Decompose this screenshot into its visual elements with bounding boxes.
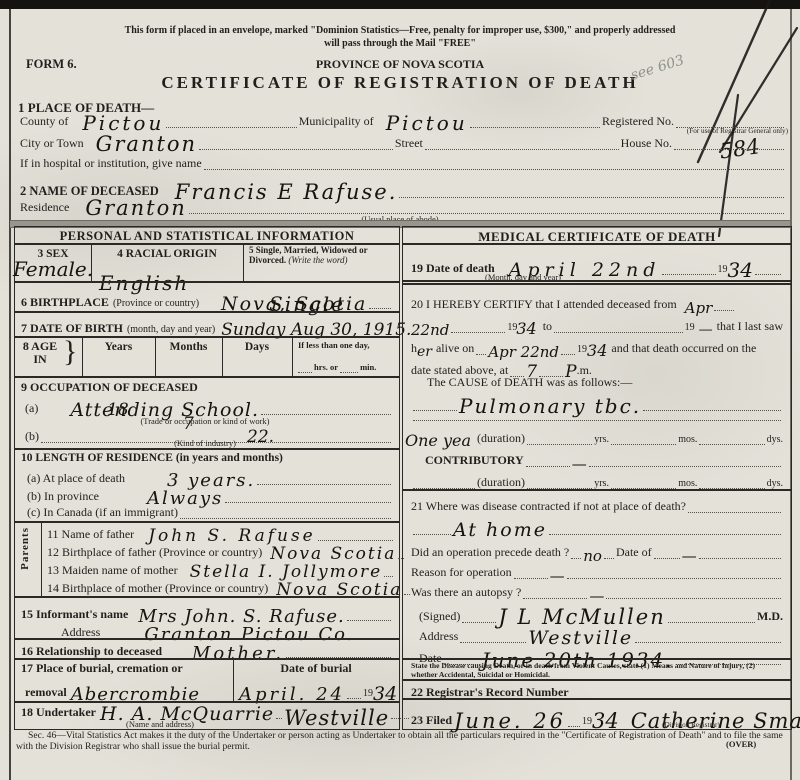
residence-value: Granton [85, 200, 186, 217]
death-certificate-scan: This form if placed in an envelope, mark… [0, 0, 800, 780]
occupation-a-label: (a) [25, 402, 38, 415]
dotted-leader [470, 124, 600, 128]
dotted-leader [425, 146, 619, 150]
residence-row: Residence Granton [20, 194, 786, 214]
undertaker-row: 18 Undertaker H. A. McQuarrie Westville [21, 697, 393, 719]
medical-panel: MEDICAL CERTIFICATE OF DEATH 19 Date of … [402, 226, 792, 730]
residence-a-label: (a) At place of death [27, 472, 125, 485]
mail-banner-line1: This form if placed in an envelope, mark… [60, 25, 740, 36]
dotted-leader [755, 271, 781, 275]
scan-top-edge [0, 0, 800, 9]
footer-over-label: (OVER) [726, 739, 756, 749]
footer-statute-text: Sec. 46—Vital Statistics Act makes it th… [16, 731, 788, 753]
province-heading: PROVINCE OF NOVA SCOTIA [200, 57, 600, 72]
dob-row: 7 DATE OF BIRTH (month, day and year) Su… [21, 313, 393, 335]
parents-label: Parents [19, 527, 31, 570]
physician-address-label: Address [419, 630, 458, 643]
dotted-leader [413, 407, 457, 411]
personal-panel: PERSONAL AND STATISTICAL INFORMATION 3 S… [14, 226, 400, 730]
q21-label: 21 Where was disease contracted if not a… [411, 500, 686, 513]
certify-to-label: to [543, 320, 552, 333]
dob-label: 7 DATE OF BIRTH [21, 322, 123, 335]
age-label-line1: 8 AGE [23, 339, 57, 353]
contributory-dash: — [572, 458, 587, 470]
filed-year-value: 34 [592, 713, 619, 730]
rule [15, 448, 399, 450]
rule [403, 280, 791, 282]
street-label: Street [395, 137, 423, 150]
reason-label: Reason for operation [411, 566, 512, 579]
certify-line2-end: that I last saw [717, 320, 783, 333]
age-brace: } [63, 337, 77, 367]
rule [403, 698, 791, 700]
duration-label: (duration) [477, 432, 525, 445]
father-birthplace-label: 12 Birthplace of father (Province or cou… [47, 546, 262, 559]
rule [15, 658, 399, 660]
q21-row: 21 Where was disease contracted if not a… [411, 495, 783, 513]
certify-text-1: 20 I HEREBY CERTIFY that I attended dece… [411, 298, 677, 311]
certify-line1: 20 I HEREBY CERTIFY that I attended dece… [411, 291, 783, 311]
q21-answer-row: At home [411, 513, 783, 535]
dotted-leader [340, 369, 358, 373]
occupation-b-label: (b) [25, 430, 39, 443]
dotted-leader [476, 351, 486, 355]
duration-mos-label: mos. [678, 434, 697, 445]
certify-line3: h er alive on Apr 22nd 19 34 and that de… [411, 335, 783, 355]
filed-year-prefix: 19 [582, 716, 592, 727]
burial-place-label: 17 Place of burial, cremation or [21, 661, 231, 676]
registered-no-label: Registered No. [602, 115, 674, 128]
duration-dys-label: dys. [767, 434, 783, 445]
dob-label-note: (month, day and year) [127, 324, 215, 335]
birthplace-label-note: (Province or country) [113, 298, 199, 309]
rule [15, 281, 399, 283]
cell-divider [292, 336, 293, 376]
burial-date-row: April. 24 19 34 [239, 679, 395, 699]
age-days-label: Days [222, 341, 292, 353]
form-number: FORM 6. [26, 57, 77, 72]
dotted-leader [514, 575, 548, 579]
duration2-mos-label: mos. [678, 478, 697, 489]
dotted-leader [568, 723, 580, 727]
county-label: County of [20, 115, 68, 128]
dotted-leader [261, 411, 391, 415]
certify-line2: 22nd 19 34 to 19 — that I last saw [411, 313, 783, 333]
burial-place-row: removal Abercrombie [25, 679, 229, 699]
age-hours-row: hrs. or min. [296, 359, 396, 373]
cause-value: Pulmonary tbc. [459, 398, 641, 414]
rule [403, 679, 791, 681]
death-year-value: 34 [728, 262, 753, 278]
age-hours-note: If less than one day, [298, 340, 396, 350]
municipality-label: Municipality of [299, 115, 374, 128]
dotted-leader [413, 417, 781, 421]
undertaker-label: 18 Undertaker [21, 706, 96, 719]
duration2-yrs-label: yrs. [594, 478, 609, 489]
informant-row: 15 Informant's name Mrs John. S. Rafuse. [21, 599, 393, 621]
birthplace-label: 6 BIRTHPLACE [21, 296, 109, 309]
dotted-leader [567, 575, 781, 579]
burial-date-label: Date of burial [233, 661, 399, 676]
rule [15, 376, 399, 378]
duration2-row: (duration) yrs. mos. dys. [411, 471, 783, 489]
contributory-label: CONTRIBUTORY [425, 454, 524, 467]
rule [403, 243, 791, 245]
mother-birthplace-row: 14 Birthplace of mother (Province or cou… [47, 577, 395, 595]
occupation-a-row: (a) Attending School. [25, 393, 393, 415]
record-number-label: 22 Registrar's Record Number [411, 686, 569, 699]
violent-causes-note: State the Disease causing Death, or in d… [411, 661, 783, 679]
operation-label: Did an operation precede death ? [411, 546, 569, 559]
dotted-leader [589, 463, 781, 467]
dotted-leader [714, 307, 734, 311]
city-label: City or Town [20, 137, 84, 150]
age-hours-units: hrs. or [314, 363, 338, 373]
rule [403, 283, 791, 285]
dotted-leader [180, 515, 391, 519]
certify-line4: date stated above, at 7 P .m. [411, 357, 783, 377]
duration-value: One yea [405, 435, 471, 448]
dotted-leader [571, 555, 581, 559]
rule [403, 489, 791, 491]
informant-address-row: Address Granton Pictou Co. [61, 619, 393, 639]
age-months-label: Months [155, 341, 222, 353]
city-value: Granton [96, 136, 197, 153]
dotted-leader [662, 271, 715, 275]
dotted-leader [561, 351, 575, 355]
operation-row: Did an operation precede death ? no Date… [411, 539, 783, 559]
mother-name-row: 13 Maiden name of mother Stella I. Jolly… [47, 559, 395, 577]
residence-b-label: (b) In province [27, 490, 99, 503]
operation-date-label: Date of [616, 546, 652, 559]
hospital-row: If in hospital or institution, give name [20, 152, 786, 170]
cause-row: Pulmonary tbc. [411, 387, 783, 411]
residence-label: Residence [20, 201, 69, 214]
q21-value: At home [453, 523, 547, 538]
dotted-leader [554, 329, 683, 333]
father-birthplace-row: 12 Birthplace of father (Province or cou… [47, 541, 395, 559]
racial-origin-label: 4 RACIAL ORIGIN [91, 248, 243, 260]
dotted-leader [611, 441, 676, 445]
scan-left-edge [9, 9, 11, 780]
age-years-label: Years [82, 341, 155, 353]
age-label-line2: IN [33, 352, 46, 366]
signed-row: (Signed) J L McMullen M.D. [419, 597, 783, 623]
certify-year-prefix2: 19 [685, 322, 695, 333]
dotted-leader [526, 463, 570, 467]
duration-yrs-label: yrs. [594, 434, 609, 445]
undertaker-note: (Name and address) [95, 719, 225, 729]
dotted-leader [413, 531, 451, 535]
mother-birthplace-label: 14 Birthplace of mother (Province or cou… [47, 582, 268, 595]
county-row: County of Pictou Municipality of Pictou … [20, 108, 786, 128]
dotted-leader [527, 441, 592, 445]
father-name-label: 11 Name of father [47, 528, 134, 541]
division-registrar-note: (Division Registrar) [631, 721, 751, 729]
length-residence-heading: 10 LENGTH OF RESIDENCE (in years and mon… [21, 452, 283, 464]
county-value: Pictou [82, 115, 164, 131]
certify-alive-label: alive on [436, 342, 474, 355]
certify-year-prefix3: 19 [577, 344, 587, 355]
dotted-leader [276, 715, 282, 719]
residence-b-row: (b) In province Always [27, 485, 393, 503]
city-row: City or Town Granton Street House No. [20, 130, 786, 150]
personal-heading: PERSONAL AND STATISTICAL INFORMATION [15, 229, 399, 244]
hospital-label: If in hospital or institution, give name [20, 157, 202, 170]
age-label: 8 AGE IN [17, 340, 63, 366]
duration-row: One yea (duration) yrs. mos. dys. [405, 425, 783, 445]
occupation-b-note: (Kind of industry) [55, 438, 355, 448]
municipality-value: Pictou [386, 115, 468, 131]
filed-date-value: June. 26 [454, 713, 566, 730]
dotted-leader [699, 441, 764, 445]
birthplace-value: Nova, Scotia [221, 297, 367, 312]
cause-blank-row [411, 415, 783, 421]
dotted-leader [643, 407, 781, 411]
rule [403, 658, 791, 660]
duration2-label: (duration) [477, 476, 525, 489]
dotted-leader [451, 329, 505, 333]
father-name-row: 11 Name of father John S. Rafuse [47, 523, 395, 541]
marital-label-line1: 5 Single, Married, Widowed or [249, 245, 368, 255]
mail-banner-line2: will pass through the Mail "FREE" [60, 38, 740, 49]
rule [15, 596, 399, 598]
record-number-row: 22 Registrar's Record Number [411, 683, 783, 699]
informant-address-label: Address [61, 626, 100, 639]
dotted-leader [549, 531, 781, 535]
dotted-leader [699, 555, 781, 559]
relationship-label: 16 Relationship to deceased [21, 645, 162, 658]
mother-name-label: 13 Maiden name of mother [47, 564, 178, 577]
residence-a-row: (a) At place of death 3 years. [27, 467, 393, 485]
house-no-label: House No. [621, 137, 672, 150]
residence-c-row: (c) In Canada (if an immigrant) [27, 503, 393, 519]
duration2-dys-label: dys. [767, 478, 783, 489]
age-min-units: min. [360, 363, 376, 373]
relationship-row: 16 Relationship to deceased Mother. [21, 640, 393, 658]
dotted-leader [298, 369, 312, 373]
dotted-leader [199, 146, 393, 150]
parents-label-cell: Parents [15, 521, 42, 596]
dotted-leader [604, 555, 614, 559]
death-year-prefix: 19 [718, 264, 728, 275]
dotted-leader [166, 124, 296, 128]
certify-line3-end: and that death occurred on the [611, 342, 756, 355]
reason-row: Reason for operation — [411, 561, 783, 579]
birthplace-row: 6 BIRTHPLACE (Province or country) Nova,… [21, 285, 393, 309]
contributory-row: CONTRIBUTORY — [425, 449, 783, 467]
physician-address-row: Address Westville [419, 621, 783, 643]
dotted-leader [654, 555, 680, 559]
dotted-leader [204, 166, 784, 170]
residence-c-label: (c) In Canada (if an immigrant) [27, 506, 178, 519]
filed-label: 23 Filed [411, 714, 452, 727]
dotted-leader [674, 146, 784, 150]
dotted-leader [369, 305, 391, 309]
undertaker-address-value: Westville [284, 710, 389, 727]
